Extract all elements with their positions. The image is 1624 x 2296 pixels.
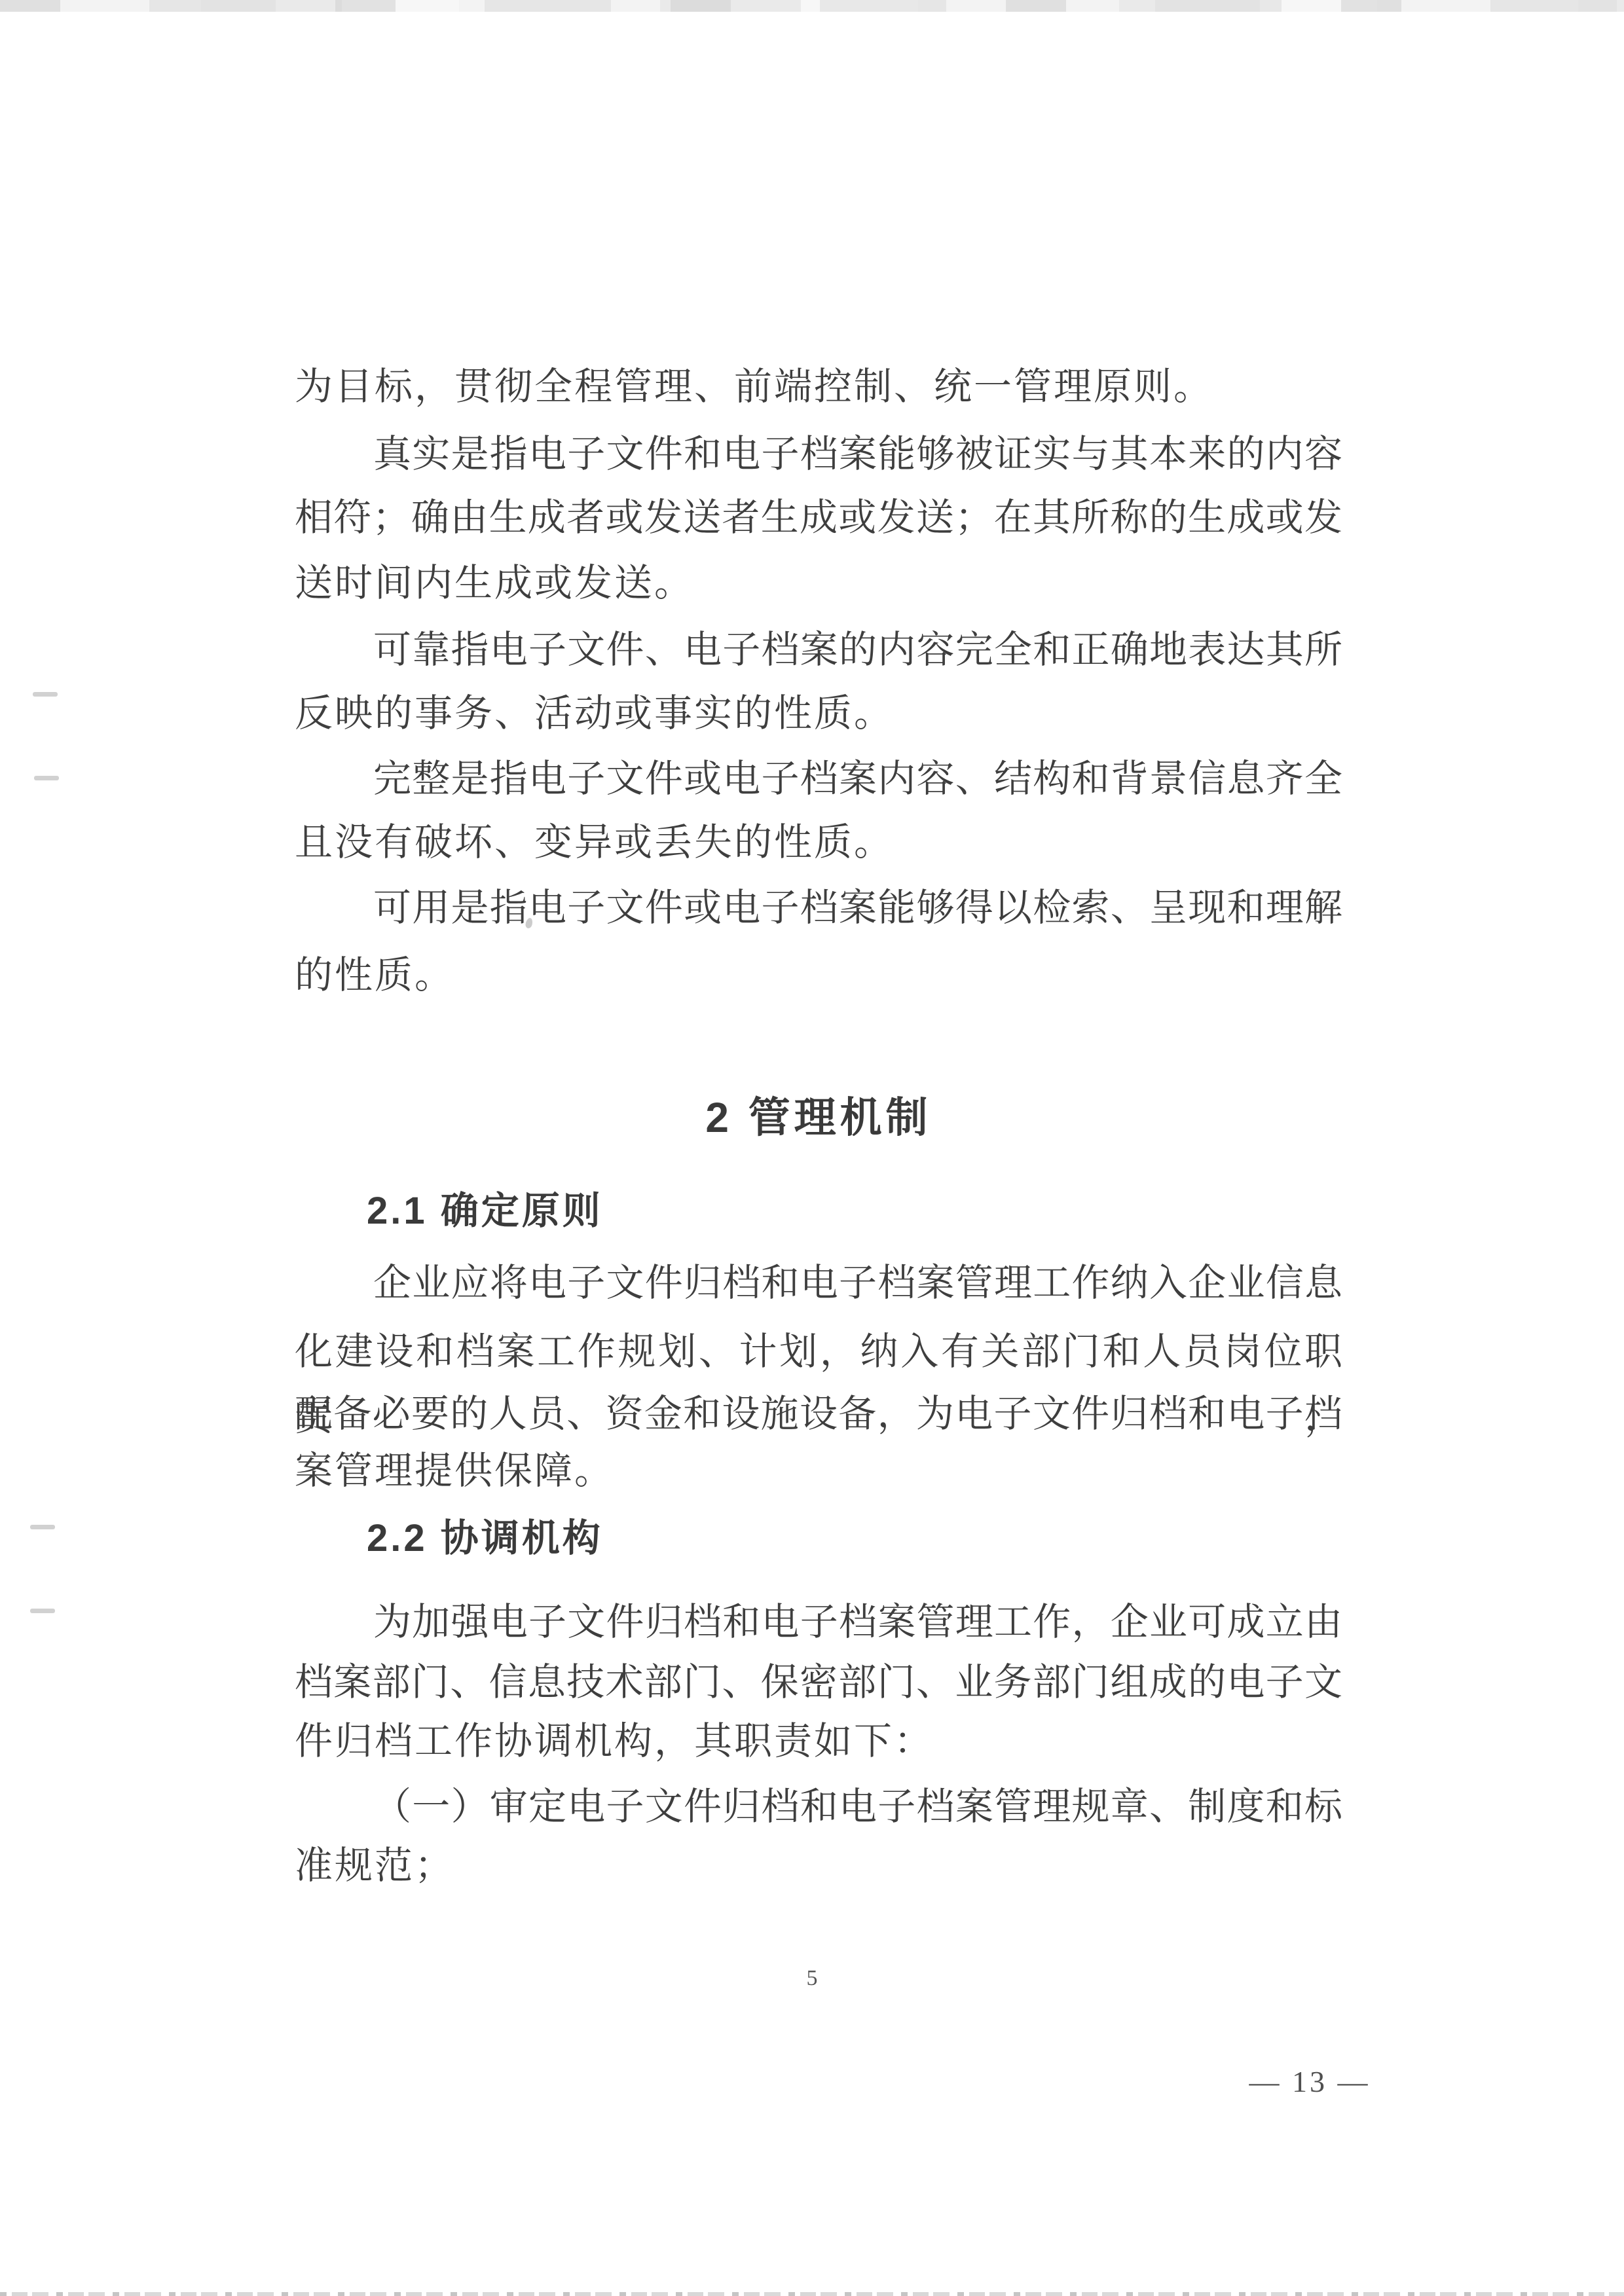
text-line: 相符；确由生成者或发送者生成或发送；在其所称的生成或发 [295, 485, 1342, 551]
scanned-document-page: 为目标，贯彻全程管理、前端控制、统一管理原则。 真实是指电子文件和电子档案能够被… [0, 0, 1624, 2296]
text-line: 完整是指电子文件或电子档案内容、结构和背景信息齐全 [295, 746, 1342, 812]
text-line: 配备必要的人员、资金和设施设备，为电子文件归档和电子档 [295, 1381, 1342, 1447]
text-line: 为目标，贯彻全程管理、前端控制、统一管理原则。 [295, 354, 1342, 420]
scan-noise-bottom-band [0, 2292, 1624, 2296]
scan-noise-top-band [0, 0, 1624, 12]
scan-artifact-dash [30, 1525, 55, 1529]
text-line: 反映的事务、活动或事实的性质。 [295, 681, 1342, 746]
text-line: 案管理提供保障。 [295, 1438, 1342, 1504]
sheet-number: 5 [0, 1959, 1624, 1998]
text-line: 真实是指电子文件和电子档案能够被证实与其本来的内容 [295, 422, 1342, 487]
text-line: 送时间内生成或发送。 [295, 551, 1342, 616]
page-number: — 13 — [1179, 2062, 1441, 2102]
text-line: 件归档工作协调机构，其职责如下： [295, 1709, 1342, 1774]
text-line: 的性质。 [295, 943, 1342, 1008]
text-line: 可靠指电子文件、电子档案的内容完全和正确地表达其所 [295, 617, 1342, 683]
scan-artifact-dash [33, 692, 58, 697]
text-line: 为加强电子文件归档和电子档案管理工作，企业可成立由 [295, 1590, 1342, 1655]
section-heading: 2 管理机制 [295, 1082, 1342, 1154]
scan-artifact-dash [34, 776, 59, 780]
text-line: 可用是指电子文件或电子档案能够得以检索、呈现和理解 [295, 875, 1342, 941]
text-line: 档案部门、信息技术部门、保密部门、业务部门组成的电子文 [295, 1650, 1342, 1715]
text-line: （一）审定电子文件归档和电子档案管理规章、制度和标 [295, 1774, 1342, 1840]
subsection-heading-2-2: 2.2 协调机构 [295, 1506, 1342, 1571]
subsection-heading-2-1: 2.1 确定原则 [295, 1178, 1342, 1244]
scan-artifact-dash [30, 1609, 55, 1613]
text-line: 化建设和档案工作规划、计划，纳入有关部门和人员岗位职责， [295, 1319, 1342, 1385]
text-line: 且没有破坏、变异或丢失的性质。 [295, 810, 1342, 875]
text-line: 企业应将电子文件归档和电子档案管理工作纳入企业信息 [295, 1250, 1342, 1316]
text-line: 准规范； [295, 1833, 1342, 1899]
